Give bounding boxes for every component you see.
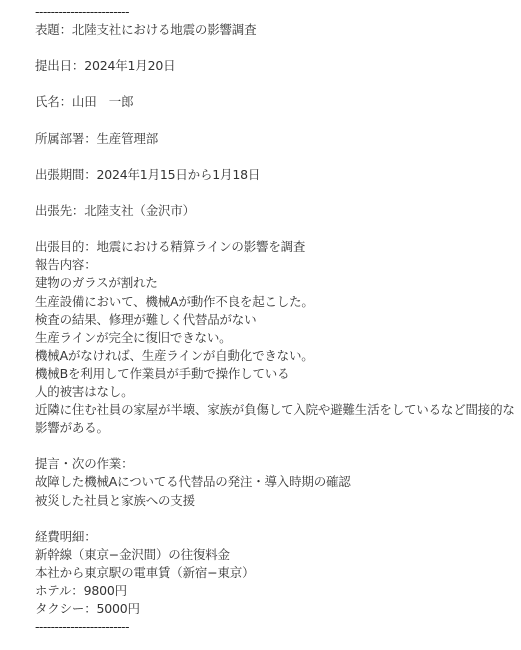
report-heading: 報告内容： — [35, 256, 515, 274]
report-item: 建物のガラスが割れた — [35, 274, 515, 292]
report-title: 表題：北陸支社における地震の影響調査 — [35, 21, 515, 39]
author-name: 氏名：山田 一郎 — [35, 93, 515, 111]
report-document: ------------------------ 表題：北陸支社における地震の影… — [35, 3, 515, 636]
proposals-heading: 提言・次の作業： — [35, 455, 515, 473]
proposal-item: 故障した機械Aについてる代替品の発注・導入時期の確認 — [35, 473, 515, 491]
blank-line — [35, 148, 515, 166]
expense-item: タクシー：5000円 — [35, 600, 515, 618]
blank-line — [35, 184, 515, 202]
trip-destination: 出張先：北陸支社（金沢市） — [35, 202, 515, 220]
proposal-item: 被災した社員と家族への支援 — [35, 492, 515, 510]
blank-line — [35, 75, 515, 93]
expense-item: 新幹線（東京−金沢間）の往復料金 — [35, 546, 515, 564]
report-item: 機械Aがなければ、生産ラインが自動化できない。 — [35, 347, 515, 365]
department: 所属部署：生産管理部 — [35, 130, 515, 148]
separator-bottom: ------------------------ — [35, 618, 515, 636]
trip-purpose: 出張目的：地震における精算ラインの影響を調査 — [35, 238, 515, 256]
blank-line — [35, 437, 515, 455]
report-item: 機械Bを利用して作業員が手動で操作している — [35, 365, 515, 383]
trip-period: 出張期間：2024年1月15日から1月18日 — [35, 166, 515, 184]
report-item: 生産設備において、機械Aが動作不良を起こした。 — [35, 293, 515, 311]
separator-top: ------------------------ — [35, 3, 515, 21]
blank-line — [35, 112, 515, 130]
report-item: 人的被害はなし。 — [35, 383, 515, 401]
blank-line — [35, 510, 515, 528]
report-item: 検査の結果、修理が難しく代替品がない — [35, 311, 515, 329]
expense-item: 本社から東京駅の電車賃（新宿−東京） — [35, 564, 515, 582]
report-item: 近隣に住む社員の家屋が半壊、家族が負傷して入院や避難生活をしているなど間接的な影… — [35, 401, 515, 437]
submission-date: 提出日：2024年1月20日 — [35, 57, 515, 75]
blank-line — [35, 39, 515, 57]
report-item: 生産ラインが完全に復旧できない。 — [35, 329, 515, 347]
expense-item: ホテル：9800円 — [35, 582, 515, 600]
blank-line — [35, 220, 515, 238]
expenses-heading: 経費明細： — [35, 528, 515, 546]
